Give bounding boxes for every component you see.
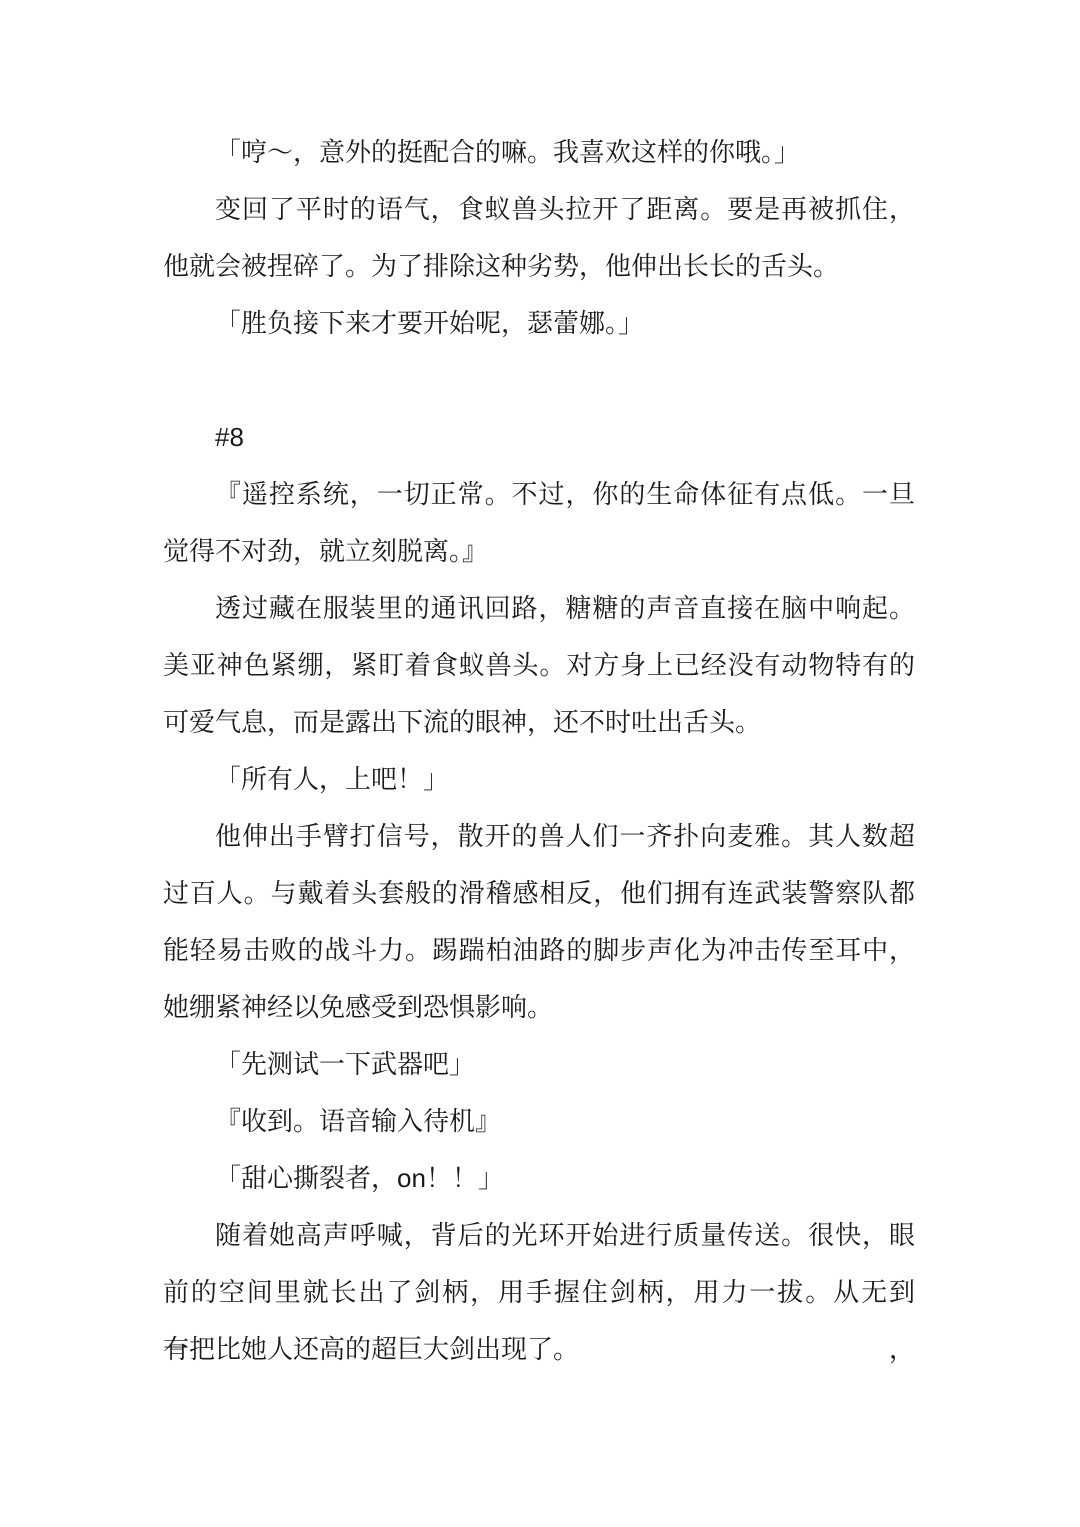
narration-line: 随着她高声呼喊，背后的光环开始进行质量传送。很快，眼 <box>163 1207 915 1264</box>
narration-line: 他伸出手臂打信号，散开的兽人们一齐扑向麦雅。其人数超 <box>163 808 915 865</box>
narration-line: 美亚神色紧绷，紧盯着食蚁兽头。对方身上已经没有动物特有的 <box>163 637 915 694</box>
radio-dialogue-line: 『收到。语音输入待机』 <box>163 1093 915 1150</box>
narration-line: 透过藏在服装里的通讯回路，糖糖的声音直接在脑中响起。 <box>163 580 915 637</box>
dialogue-line: 「哼～，意外的挺配合的嘛。我喜欢这样的你哦。」 <box>163 124 915 181</box>
narration-line: 变回了平时的语气，食蚁兽头拉开了距离。要是再被抓住， <box>163 181 915 238</box>
dialogue-line: 「先测试一下武器吧」 <box>163 1036 915 1093</box>
narration-line: 过百人。与戴着头套般的滑稽感相反，他们拥有连武装警察队都 <box>163 865 915 922</box>
dialogue-line: 「甜心撕裂者，on！！」 <box>163 1150 915 1207</box>
dialogue-line: 「胜负接下来才要开始呢，瑟蕾娜。」 <box>163 295 915 352</box>
section-heading: #8 <box>163 409 915 466</box>
narration-line: 前的空间里就长出了剑柄，用手握住剑柄，用力一拔。从无到有， <box>163 1264 915 1321</box>
narration-line: 能轻易击败的战斗力。踢踹柏油路的脚步声化为冲击传至耳中， <box>163 922 915 979</box>
narration-line: 她绷紧神经以免感受到恐惧影响。 <box>163 979 915 1036</box>
dialogue-line: 「所有人，上吧！」 <box>163 751 915 808</box>
narration-line: 他就会被捏碎了。为了排除这种劣势，他伸出长长的舌头。 <box>163 238 915 295</box>
narration-line: 可爱气息，而是露出下流的眼神，还不时吐出舌头。 <box>163 694 915 751</box>
document-page: { "meta": { "background_color": "#ffffff… <box>0 0 1080 1527</box>
radio-dialogue-line: 觉得不对劲，就立刻脱离。』 <box>163 523 915 580</box>
page-text-block: 「哼～，意外的挺配合的嘛。我喜欢这样的你哦。」 变回了平时的语气，食蚁兽头拉开了… <box>163 124 915 1378</box>
radio-dialogue-line: 『遥控系统，一切正常。不过，你的生命体征有点低。一旦 <box>163 466 915 523</box>
blank-line <box>163 352 915 409</box>
